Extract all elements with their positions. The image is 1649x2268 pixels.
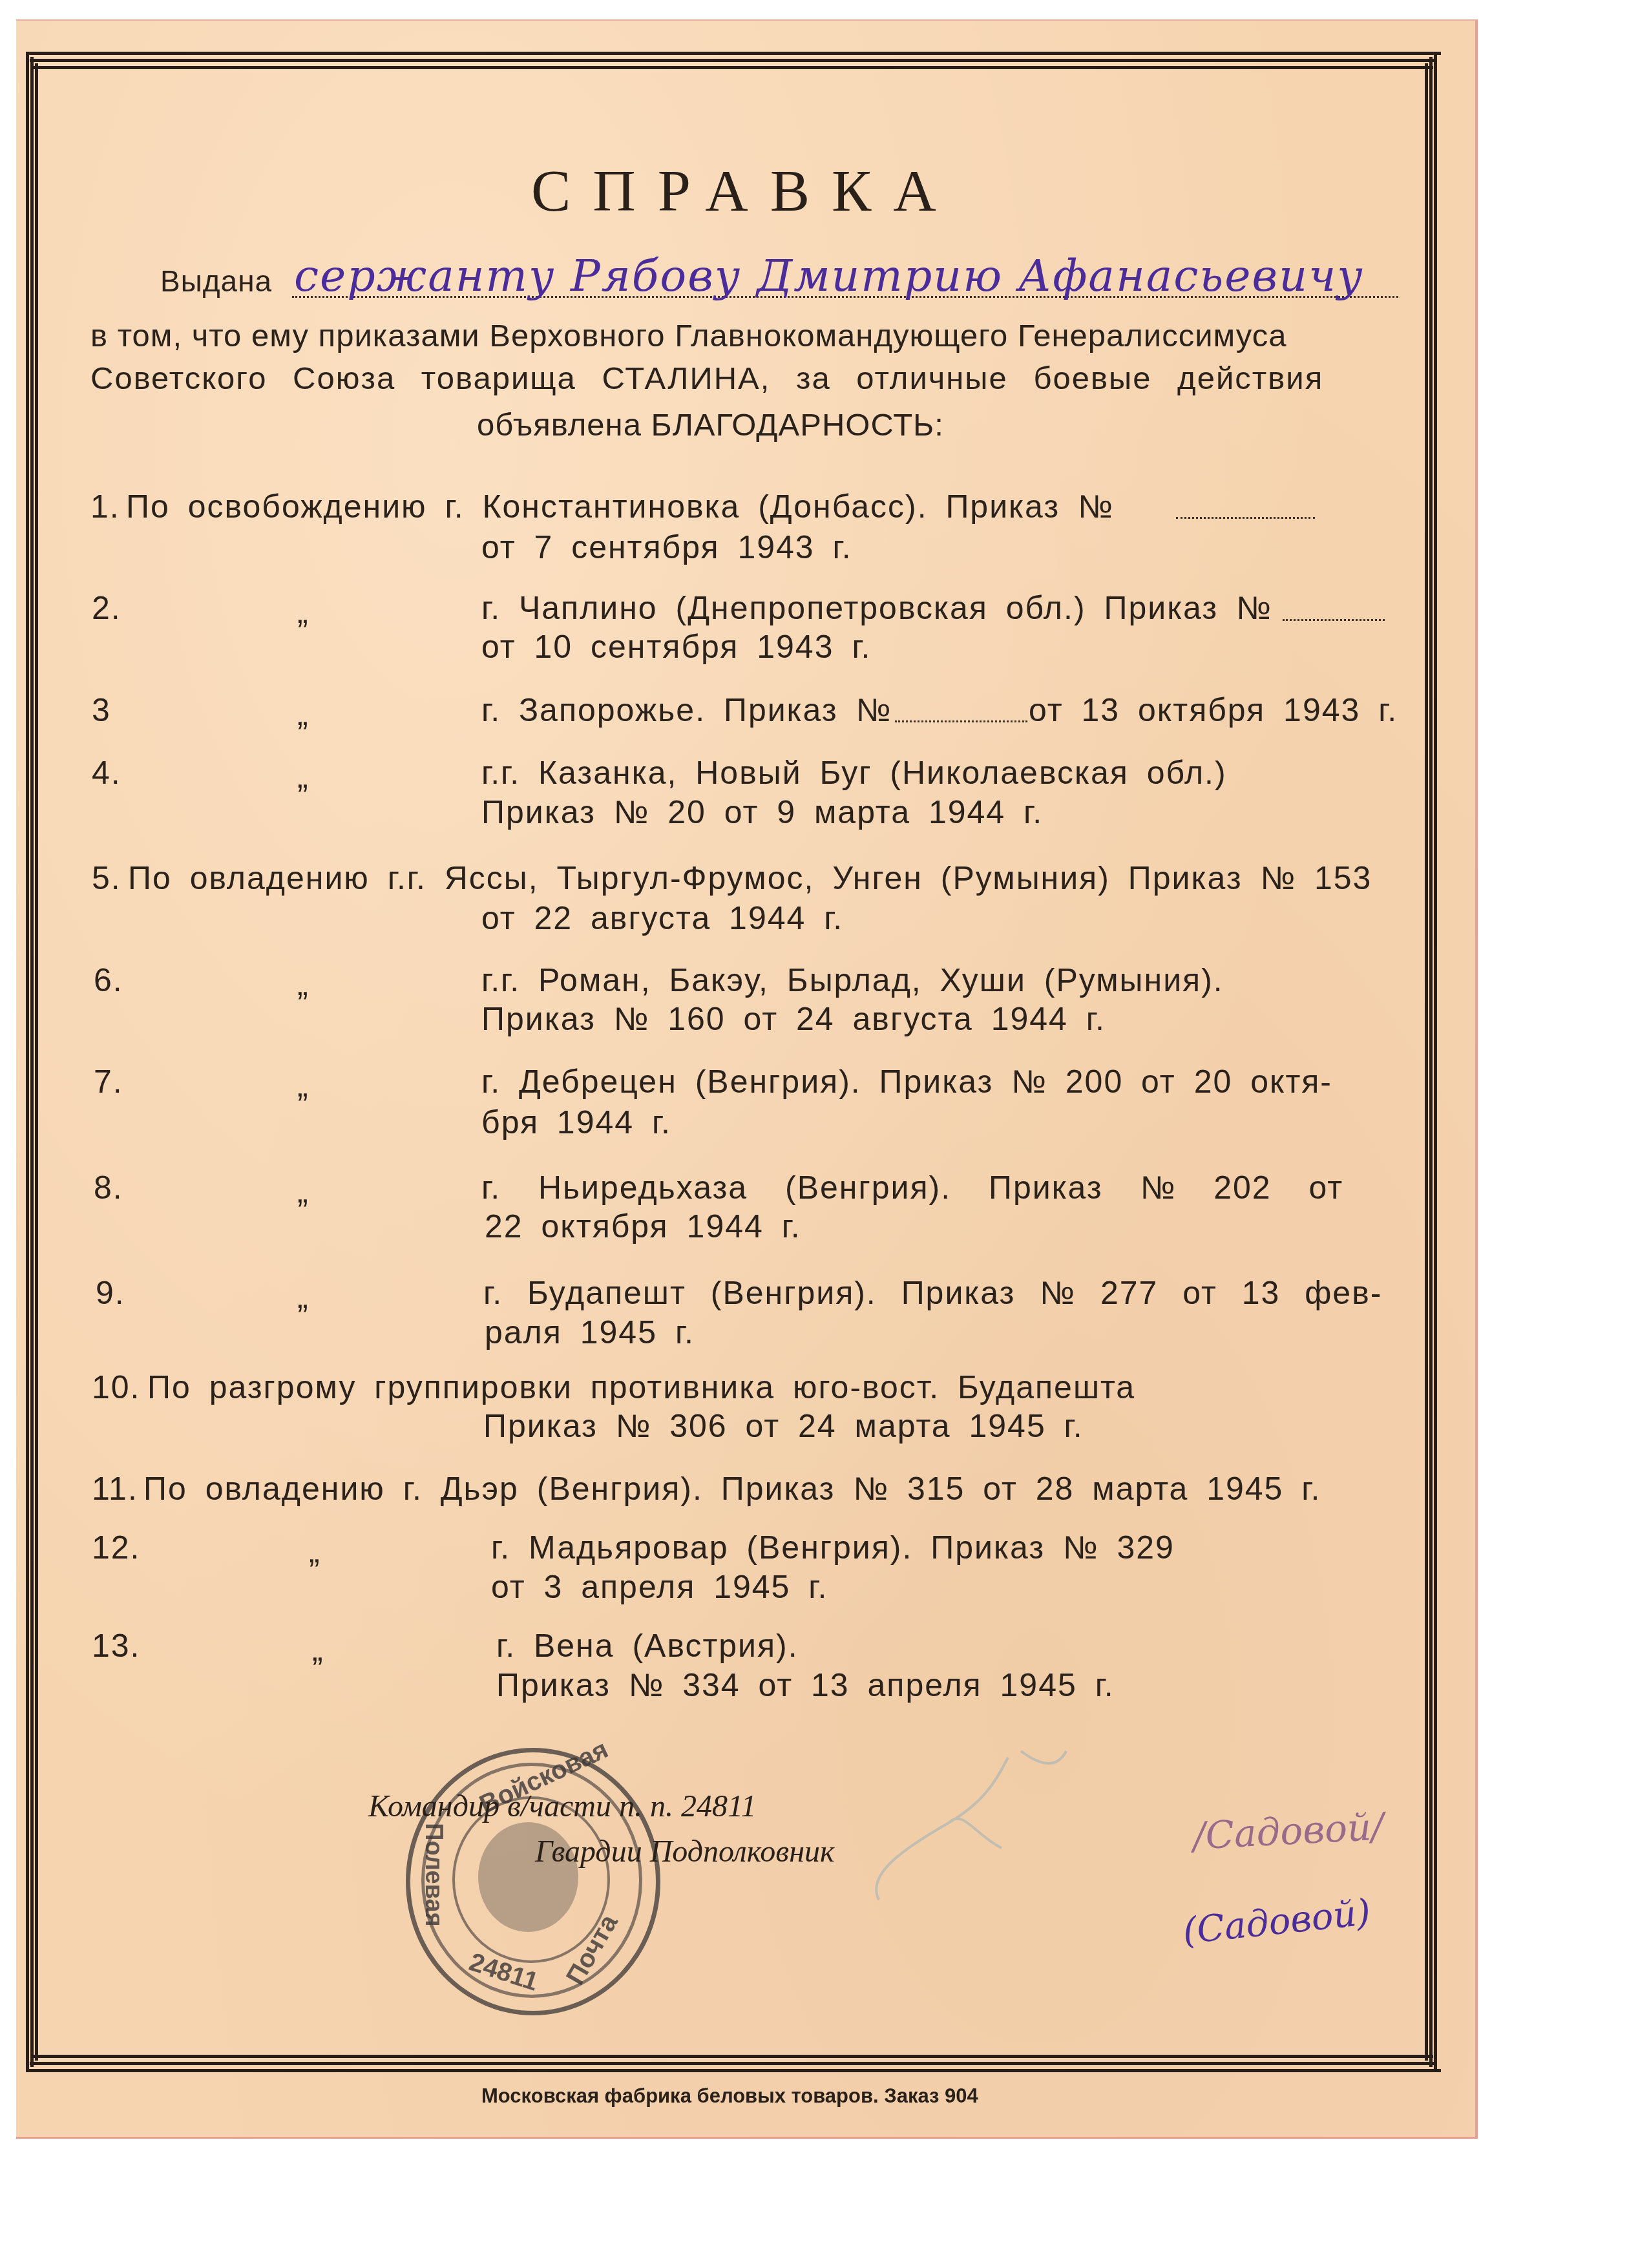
ditto-mark: „ [297,593,310,631]
ditto-mark: „ [297,758,310,795]
item-number: 6. [94,961,123,999]
stamp-left-text: Полевая [419,1823,447,1927]
item-text: г. Вена (Австрия). [496,1627,799,1664]
item-number: 7. [94,1063,123,1100]
item-date: от 13 октября 1943 г. [1029,691,1398,729]
item-date: от 7 сентября 1943 г. [481,529,852,566]
item-number: 8. [94,1169,123,1206]
item-text: г.г. Казанка, Новый Буг (Николаевская об… [481,754,1227,792]
item-date: от 10 сентября 1943 г. [481,628,871,666]
item-date: Приказ № 20 от 9 марта 1944 г. [481,793,1043,831]
ditto-mark: „ [312,1631,324,1668]
item-number: 11. [92,1470,138,1507]
item-number: 10. [92,1369,141,1406]
item-number: 3 [92,691,111,729]
ditto-mark: „ [309,1533,321,1570]
ditto-mark: „ [297,1173,310,1210]
item-text: г. Ньиредьхаза (Венгрия). Приказ № 202 о… [481,1169,1343,1206]
item-date: от 3 апреля 1945 г. [491,1568,828,1606]
printer-footer: Московская фабрика беловых товаров. Зака… [481,2084,978,2108]
item-lead: По освобождению г. Константиновка (Донба… [126,488,1114,525]
ditto-mark: „ [297,965,310,1003]
item-lead: По овладению г.г. Яссы, Тыргул-Фрумос, У… [128,859,1372,897]
item-date: Приказ № 306 от 24 марта 1945 г. [483,1407,1084,1445]
order-number-blank [1176,517,1315,519]
item-text: г.г. Роман, Бакэу, Бырлад, Хуши (Румыния… [481,961,1224,999]
order-number-blank [1283,619,1385,621]
issued-to-handwritten-name: сержанту Рябову Дмитрию Афанасьевичу [294,251,1364,302]
item-lead: По разгрому группировки противника юго-в… [147,1369,1135,1406]
ditto-mark: „ [297,1278,310,1316]
item-text: г. Будапешт (Венгрия). Приказ № 277 от 1… [483,1274,1382,1312]
item-date: раля 1945 г. [485,1314,695,1351]
item-text: г. Запорожье. Приказ № [481,691,892,729]
document-title: СПРАВКА [531,156,958,225]
item-date: от 22 августа 1944 г. [481,899,843,937]
pencil-signature [853,1745,1111,1938]
intro-line-2: Советского Союза товарища СТАЛИНА, за от… [90,361,1323,397]
ditto-mark: „ [297,695,310,733]
commander-title: Командир в/части п. п. 24811 [368,1789,756,1824]
item-text: г. Мадьяровар (Венгрия). Приказ № 329 [491,1529,1175,1566]
commander-rank: Гвардии Подполковник [535,1834,834,1869]
item-number: 12. [92,1529,141,1566]
issued-label: Выдана [160,264,272,299]
item-number: 9. [96,1274,125,1312]
intro-line-3: объявлена БЛАГОДАРНОСТЬ: [477,407,944,443]
item-number: 1. [90,488,120,525]
item-number: 4. [92,754,121,792]
item-number: 13. [92,1627,141,1664]
ditto-mark: „ [297,1067,310,1104]
item-number: 2. [92,589,121,627]
item-text: г. Чаплино (Днепропетровская обл.) Прика… [481,589,1272,627]
item-date: Приказ № 334 от 13 апреля 1945 г. [496,1666,1115,1704]
intro-line-1: в том, что ему приказами Верховного Глав… [90,318,1287,354]
item-lead: По овладению г. Дьэр (Венгрия). Приказ №… [143,1470,1321,1507]
item-text: г. Дебрецен (Венгрия). Приказ № 200 от 2… [481,1063,1332,1100]
item-number: 5. [92,859,121,897]
item-date: бря 1944 г. [481,1104,671,1141]
item-date: Приказ № 160 от 24 августа 1944 г. [481,1000,1106,1038]
order-number-blank [895,720,1027,722]
item-date: 22 октября 1944 г. [485,1208,801,1245]
